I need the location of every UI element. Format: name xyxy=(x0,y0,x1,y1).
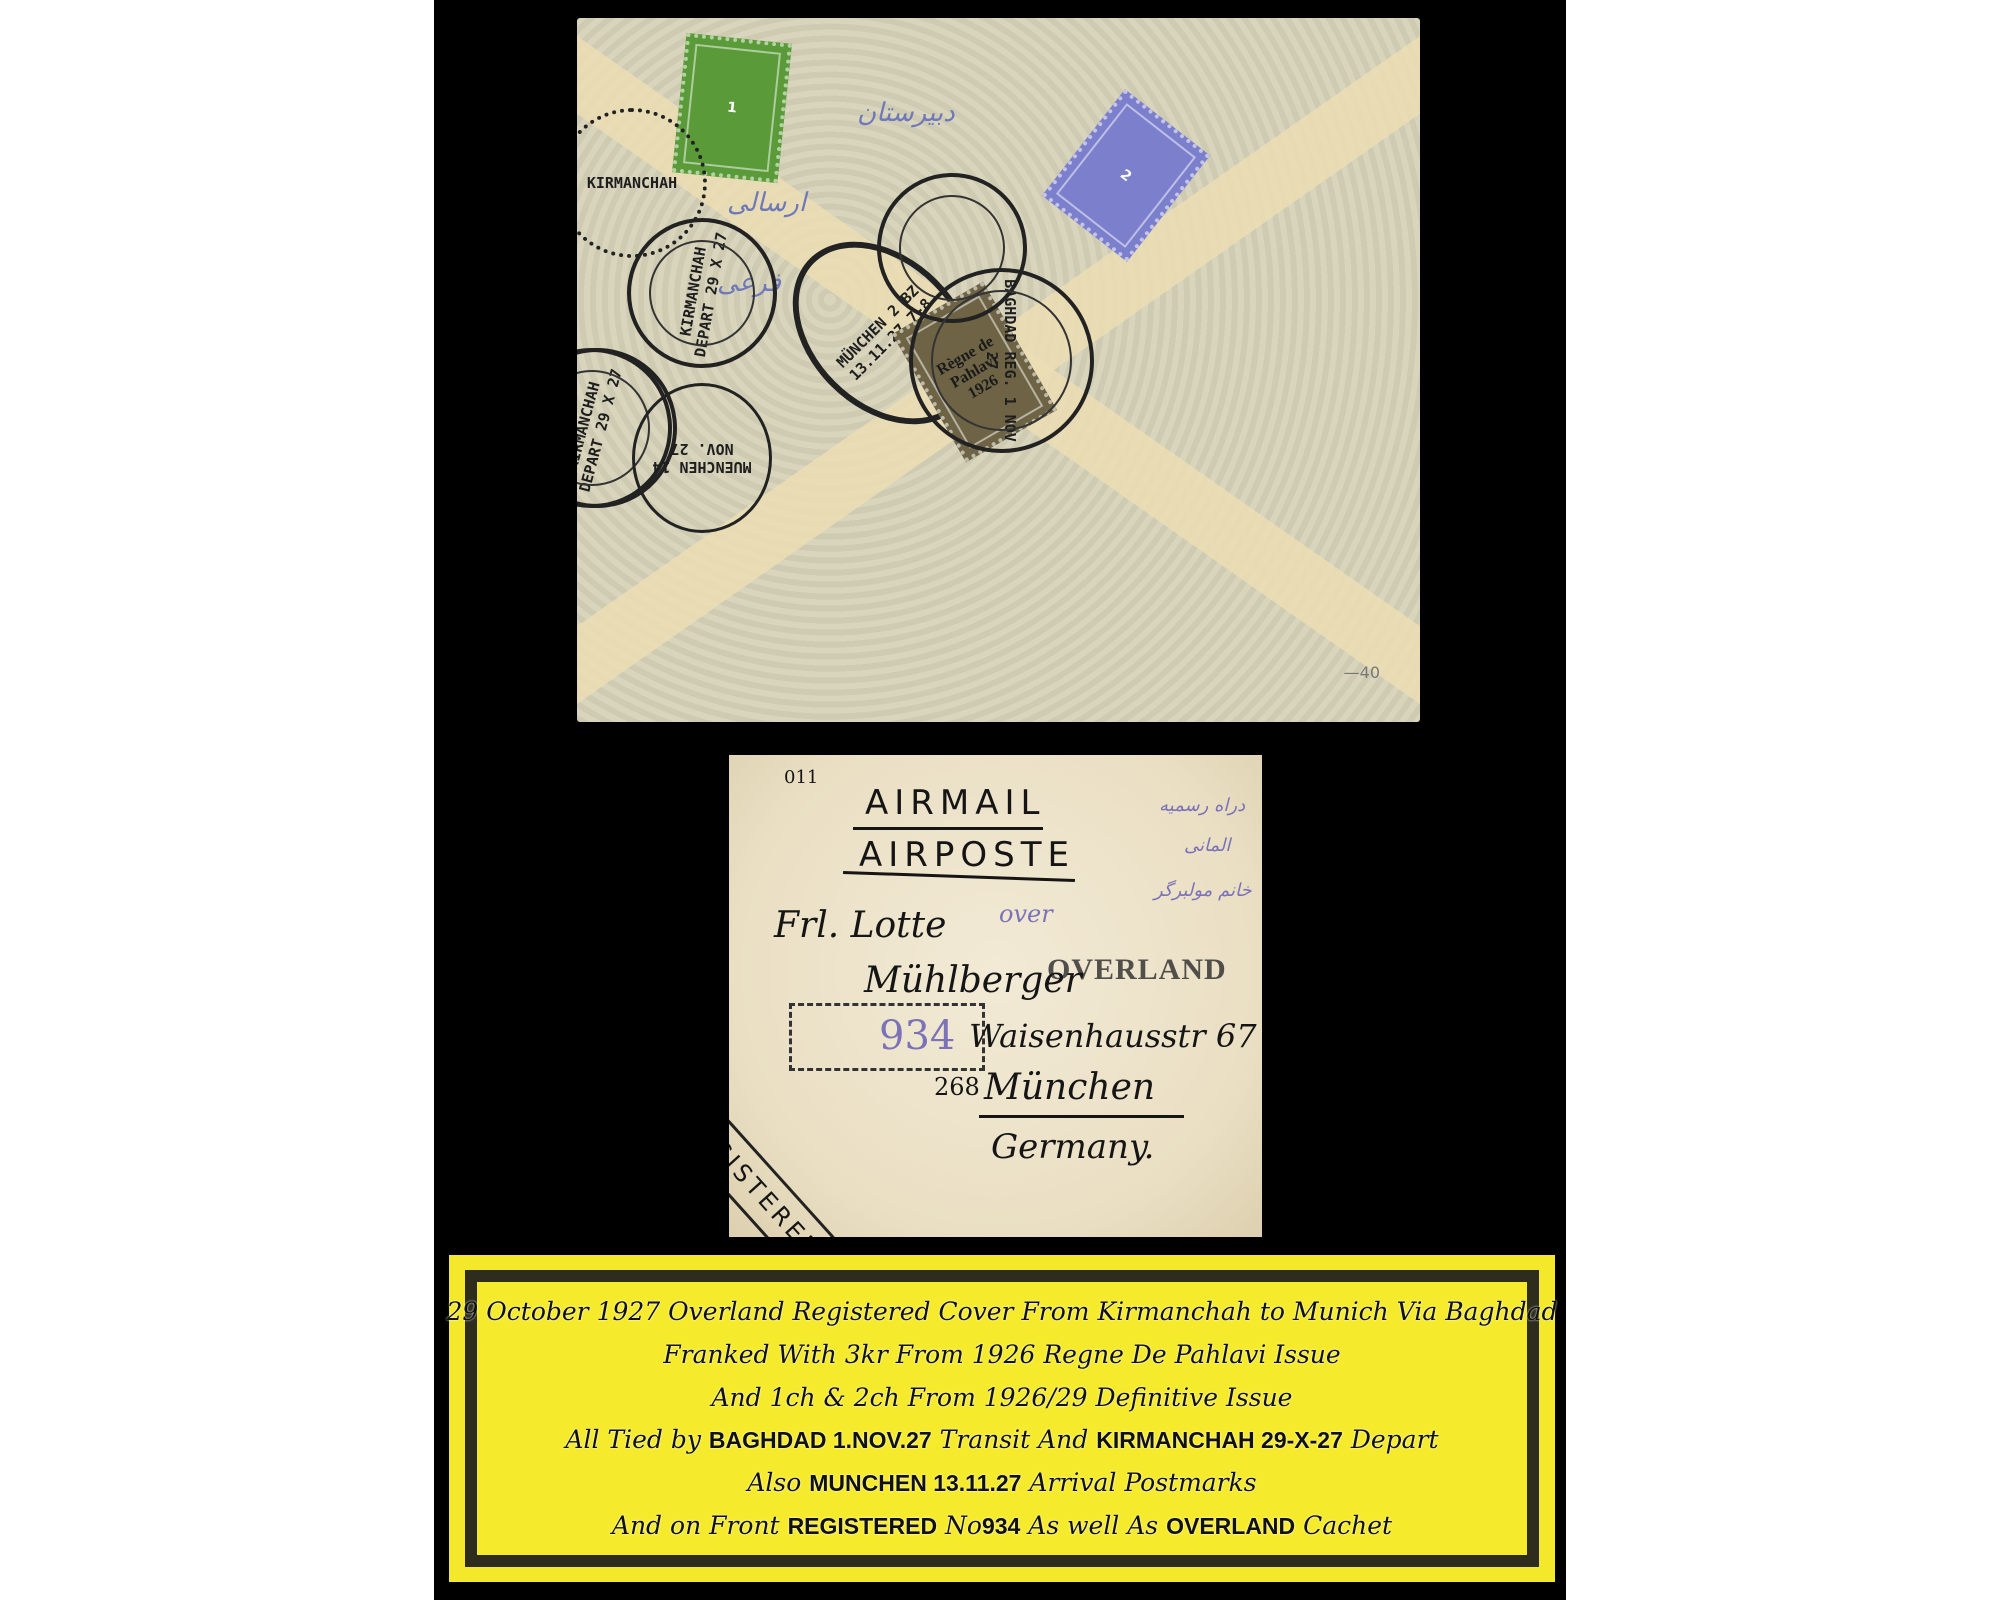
pencil-number: 268 xyxy=(934,1073,980,1101)
caption-line: Also MUNCHEN 13.11.27 Arrival Postmarks xyxy=(747,1468,1256,1497)
address-line: Germany. xyxy=(991,1127,1154,1167)
address-line: München xyxy=(984,1067,1155,1108)
corner-note: 011 xyxy=(784,767,818,788)
caption-line: And 1ch & 2ch From 1926/29 Definitive Is… xyxy=(712,1383,1293,1412)
address-line: Mühlberger xyxy=(864,960,1082,1001)
violet-note: دراه رسمیه xyxy=(1159,795,1245,816)
persian-note: دبیرستان xyxy=(857,98,955,128)
violet-note: over xyxy=(999,900,1053,928)
caption-line: 29 October 1927 Overland Registered Cove… xyxy=(447,1297,1558,1326)
address-line: Frl. Lotte xyxy=(774,905,946,946)
envelope-back: 1 KIRMANCHAH دبیرستان ارسالی فرعی KIRMAN… xyxy=(577,18,1420,722)
caption-text: 29 October 1927 Overland Registered Cove… xyxy=(477,1282,1527,1555)
registration-number: 934 xyxy=(879,1013,955,1059)
airposte-label: AIRPOSTE xyxy=(859,835,1075,875)
envelope-front: 011 AIRMAIL AIRPOSTE over دراه رسمیه الم… xyxy=(729,755,1262,1237)
registered-label: REGISTERED. xyxy=(729,1075,863,1237)
caption-frame: 29 October 1927 Overland Registered Cove… xyxy=(465,1270,1539,1567)
pencil-note: —40 xyxy=(1344,663,1380,682)
caption-line: And on Front REGISTERED No934 As well As… xyxy=(612,1511,1392,1540)
postmark-baghdad: BAGHDAD REG. 1 NOV 27 xyxy=(909,268,1094,453)
caption-line: Franked With 3kr From 1926 Regne De Pahl… xyxy=(663,1340,1340,1369)
violet-note: خانم مولبرگر xyxy=(1154,880,1252,901)
caption-box: 29 October 1927 Overland Registered Cove… xyxy=(449,1255,1555,1582)
stamp-2ch-violet: 2 xyxy=(1042,89,1210,262)
city-underline xyxy=(979,1115,1184,1118)
caption-line: All Tied by BAGHDAD 1.NOV.27 Transit And… xyxy=(565,1425,1438,1454)
persian-note: ارسالی xyxy=(727,188,806,218)
airmail-label: AIRMAIL xyxy=(865,783,1045,823)
airmail-underline xyxy=(853,827,1043,830)
address-line: Waisenhausstr 67 A. xyxy=(969,1017,1262,1055)
violet-note: المانی xyxy=(1184,835,1230,856)
postmark-muenchen-round: MUENCHEN 14 NOV. 27 xyxy=(632,383,772,533)
